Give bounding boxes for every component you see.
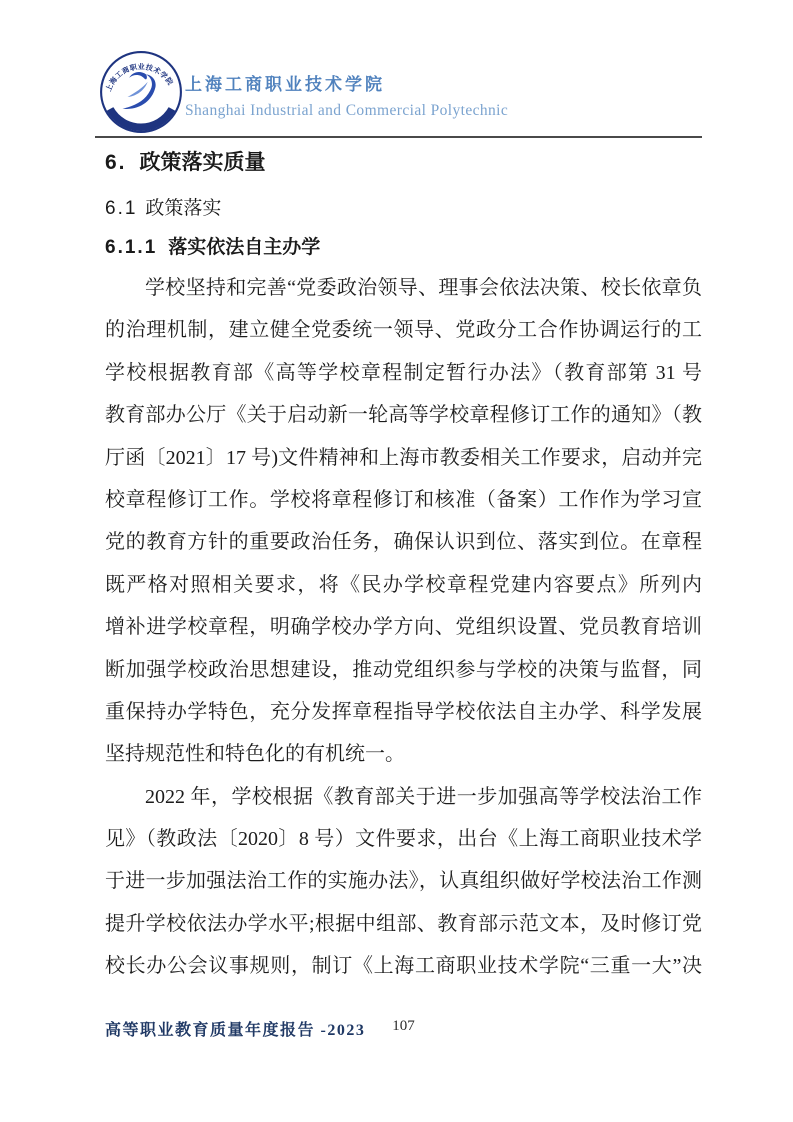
paragraph: 2022 年，学校根据《教育部关于进一步加强高等学校法治工作的意见》（教政法〔2… bbox=[105, 776, 702, 988]
text-line: 校章程修订工作。学校将章程修订和核准（备案）工作作为学习宣传贯彻 bbox=[105, 479, 702, 521]
text-line: 坚持规范性和特色化的有机统一。 bbox=[105, 733, 702, 775]
heading-number: 6. bbox=[105, 151, 127, 175]
text-line: 既严格对照相关要求，将《民办学校章程党建内容要点》所列内容，全部 bbox=[105, 564, 702, 606]
text-line: 提升学校依法办学水平;根据中组部、教育部示范文本，及时修订党委会、 bbox=[105, 903, 702, 945]
section-heading-level3: 6.1.1落实依法自主办学 bbox=[105, 232, 320, 259]
body-text: 学校坚持和完善“党委政治领导、理事会依法决策、校长依章负责”的治理机制，建立健全… bbox=[105, 267, 702, 988]
text-line: 重保持办学特色，充分发挥章程指导学校依法自主办学、科学发展的作用， bbox=[105, 691, 702, 733]
text-line: 厅函〔2021〕17 号)文件精神和上海市教委相关工作要求，启动并完成学 bbox=[105, 437, 702, 479]
school-seal-icon: 上海工商职业技术学院 SHANGHAI INDUSTRIAL & COMMERC… bbox=[99, 49, 183, 135]
heading-text: 政策落实质量 bbox=[140, 151, 266, 174]
text-line: 的治理机制，建立健全党委统一领导、党政分工合作协调运行的工作机制。 bbox=[105, 309, 702, 351]
school-name-zh: 上海工商职业技术学院 bbox=[185, 70, 508, 95]
section-heading-level1: 6.政策落实质量 bbox=[105, 146, 266, 176]
heading-number: 6.1 bbox=[105, 198, 137, 220]
header-school-names: 上海工商职业技术学院 Shanghai Industrial and Comme… bbox=[185, 70, 508, 120]
text-line: 增补进学校章程，明确学校办学方向、党组织设置、党员教育培训等，不 bbox=[105, 606, 702, 648]
text-line: 见》（教政法〔2020〕8 号）文件要求，出台《上海工商职业技术学院关 bbox=[105, 818, 702, 860]
school-name-en: Shanghai Industrial and Commercial Polyt… bbox=[185, 102, 508, 120]
text-line: 校长办公会议事规则，制订《上海工商职业技术学院“三重一大”决策制 bbox=[105, 945, 702, 987]
page-number: 107 bbox=[105, 1018, 702, 1035]
text-line: 党的教育方针的重要政治任务，确保认识到位、落实到位。在章程修订中， bbox=[105, 521, 702, 563]
heading-text: 落实依法自主办学 bbox=[168, 237, 320, 258]
header-divider bbox=[95, 136, 702, 138]
section-heading-level2: 6.1政策落实 bbox=[105, 193, 221, 220]
text-line: 教育部办公厅《关于启动新一轮高等学校章程修订工作的通知》（教政法 bbox=[105, 394, 702, 436]
text-line: 学校坚持和完善“党委政治领导、理事会依法决策、校长依章负责” bbox=[105, 267, 702, 309]
text-line: 断加强学校政治思想建设，推动党组织参与学校的决策与监督，同时又注 bbox=[105, 649, 702, 691]
paragraph: 学校坚持和完善“党委政治领导、理事会依法决策、校长依章负责”的治理机制，建立健全… bbox=[105, 267, 702, 776]
text-line: 于进一步加强法治工作的实施办法》，认真组织做好学校法治工作测评， bbox=[105, 860, 702, 902]
heading-text: 政策落实 bbox=[145, 198, 221, 219]
document-page: 上海工商职业技术学院 SHANGHAI INDUSTRIAL & COMMERC… bbox=[0, 0, 793, 1122]
heading-number: 6.1.1 bbox=[105, 237, 157, 259]
text-line: 2022 年，学校根据《教育部关于进一步加强高等学校法治工作的意 bbox=[105, 776, 702, 818]
text-line: 学校根据教育部《高等学校章程制定暂行办法》（教育部第 31 号令）、 bbox=[105, 352, 702, 394]
